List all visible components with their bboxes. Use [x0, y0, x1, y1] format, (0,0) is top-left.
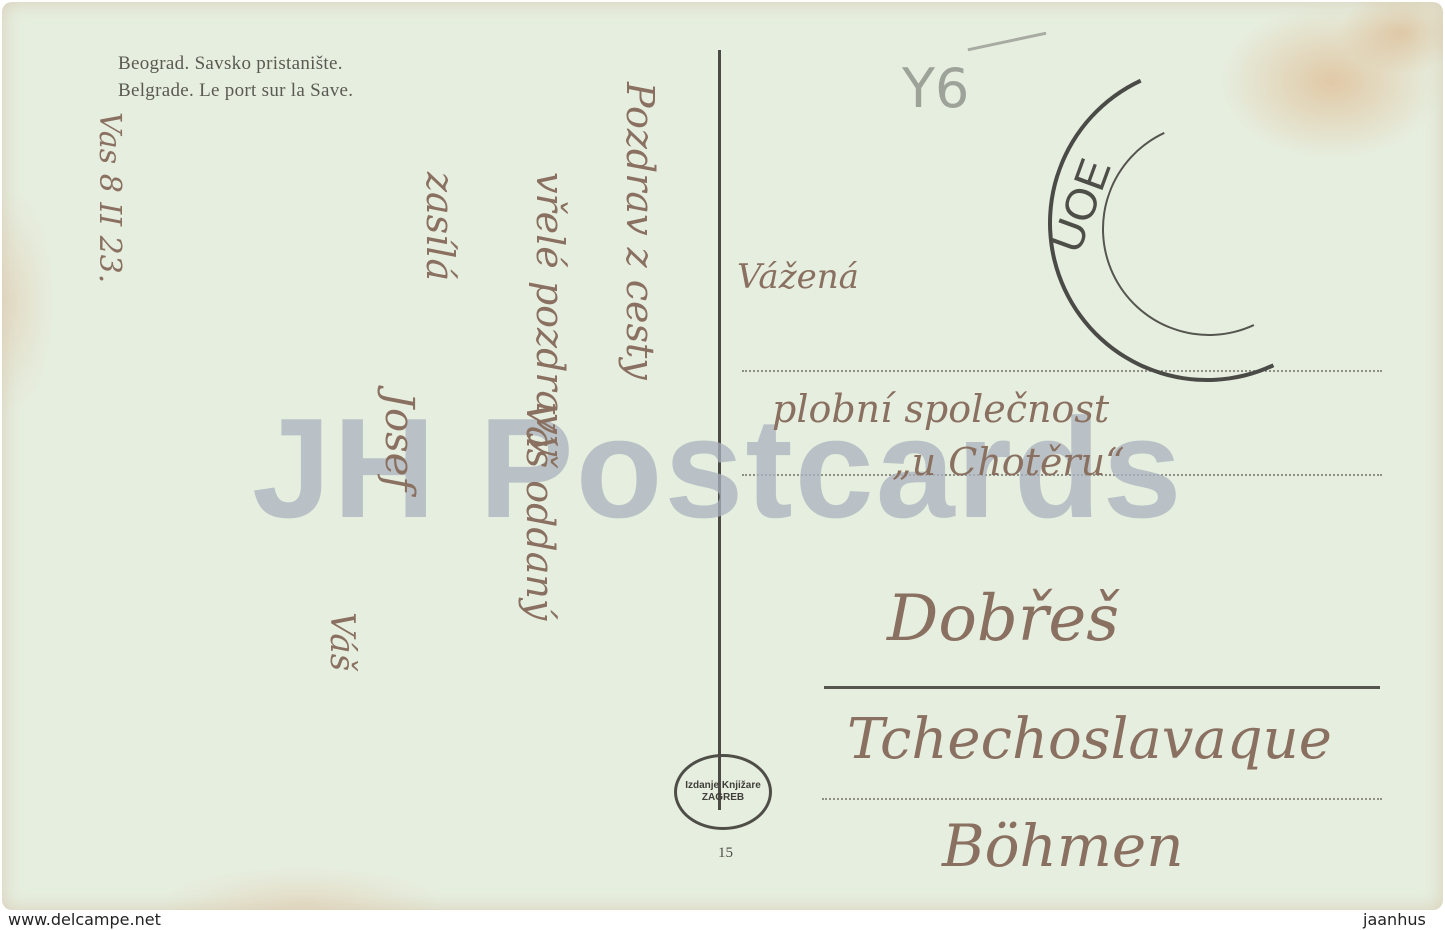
address-country: Tchechoslavaque — [847, 707, 1332, 772]
address-line-4 — [822, 798, 1382, 800]
address-salutation: Vážená — [737, 257, 859, 297]
address-company-name: „u Chotěru“ — [892, 440, 1125, 484]
address-company: plobní společnost — [772, 387, 1109, 431]
address-line-3 — [824, 686, 1380, 689]
address-city: Dobřeš — [887, 582, 1119, 656]
publisher-logo: Izdanje Knjižare ZAGREB — [674, 754, 772, 830]
card-number: 15 — [718, 845, 733, 862]
seller-label: jaanhus — [1363, 910, 1426, 929]
source-site-label: www.delcampe.net — [8, 910, 161, 929]
printed-caption: Beograd. Savsko pristanište. Belgrade. L… — [118, 50, 353, 104]
address-line-1 — [742, 370, 1382, 372]
address-region: Böhmen — [942, 812, 1184, 880]
publisher-name: Izdanje Knjižare — [685, 780, 761, 792]
message-line-3: zasílá — [418, 172, 462, 281]
pencil-dash — [968, 32, 1047, 52]
postcard-back: Beograd. Savsko pristanište. Belgrade. L… — [2, 2, 1443, 910]
message-date: Vas 8 II 23. — [92, 112, 127, 283]
message-line-1: Pozdrav z cesty — [618, 82, 662, 380]
caption-french: Belgrade. Le port sur la Save. — [118, 77, 353, 104]
message-line-4: Váš oddaný — [518, 402, 562, 620]
message-line-6: Váš — [322, 612, 362, 671]
message-line-5: Josef — [376, 392, 422, 491]
publisher-city: ZAGREB — [702, 792, 744, 804]
pencil-mark: Y6 — [902, 57, 969, 120]
caption-serbian: Beograd. Savsko pristanište. — [118, 50, 353, 77]
